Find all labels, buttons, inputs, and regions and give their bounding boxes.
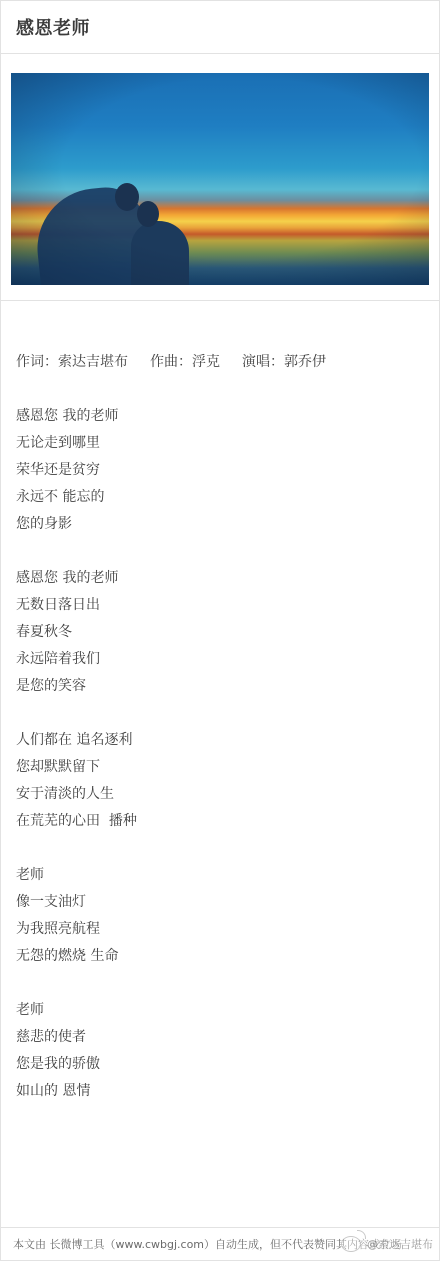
lyric-line: 慈悲的使者 — [16, 1024, 424, 1051]
lyric-line: 您是我的骄傲 — [16, 1051, 424, 1078]
lyric-line: 无论走到哪里 — [16, 430, 424, 457]
lyric-line: 为我照亮航程 — [16, 916, 424, 943]
lyric-line: 老师 — [16, 862, 424, 889]
lyrics-content: 作词：索达吉堪布 作曲：浮克 演唱：郭乔伊 感恩您 我的老师 无论走到哪里 荣华… — [1, 301, 439, 1105]
lyric-line: 感恩您 我的老师 — [16, 403, 424, 430]
page-title: 感恩老师 — [16, 14, 90, 40]
composer-credit: 作曲：浮克 — [150, 349, 220, 376]
stanza-1: 感恩您 我的老师 无论走到哪里 荣华还是贫穷 永远不 能忘的 您的身影 — [16, 403, 424, 538]
banner-section — [1, 54, 439, 301]
lyric-line: 您的身影 — [16, 511, 424, 538]
lyric-line: 春夏秋冬 — [16, 619, 424, 646]
lyric-line: 永远不 能忘的 — [16, 484, 424, 511]
lyricist-credit: 作词：索达吉堪布 — [16, 349, 128, 376]
lyric-line: 无数日落日出 — [16, 592, 424, 619]
lyric-line: 永远陪着我们 — [16, 646, 424, 673]
lyric-line: 您却默默留下 — [16, 754, 424, 781]
lyric-line: 人们都在 追名逐利 — [16, 727, 424, 754]
lyric-line: 像一支油灯 — [16, 889, 424, 916]
lyric-line: 无怨的燃烧 生命 — [16, 943, 424, 970]
watermark-user: @索达吉堪布 — [367, 1236, 433, 1252]
stanza-4: 老师 像一支油灯 为我照亮航程 无怨的燃烧 生命 — [16, 862, 424, 970]
stanza-5: 老师 慈悲的使者 您是我的骄傲 如山的 恩情 — [16, 997, 424, 1105]
lyric-line: 如山的 恩情 — [16, 1078, 424, 1105]
banner-image — [11, 73, 429, 285]
song-credits: 作词：索达吉堪布 作曲：浮克 演唱：郭乔伊 — [16, 349, 424, 376]
singer-credit: 演唱：郭乔伊 — [242, 349, 326, 376]
lyric-line: 感恩您 我的老师 — [16, 565, 424, 592]
lyric-line: 在荒芜的心田 播种 — [16, 808, 424, 835]
weibo-logo-icon — [341, 1236, 361, 1252]
lyric-line: 荣华还是贫穷 — [16, 457, 424, 484]
weibo-watermark: @索达吉堪布 — [341, 1236, 433, 1252]
lyric-line: 安于清淡的人生 — [16, 781, 424, 808]
teacher-head-silhouette — [115, 183, 139, 211]
long-weibo-page: 感恩老师 作词：索达吉堪布 作曲：浮克 演唱：郭乔伊 感恩您 我的老师 无论走到… — [0, 0, 440, 1261]
child-head-silhouette — [137, 201, 159, 227]
teacher-silhouette — [32, 184, 153, 285]
lyric-line: 是您的笑容 — [16, 673, 424, 700]
stanza-2: 感恩您 我的老师 无数日落日出 春夏秋冬 永远陪着我们 是您的笑容 — [16, 565, 424, 700]
lyric-line: 老师 — [16, 997, 424, 1024]
child-silhouette — [131, 221, 189, 285]
stanza-3: 人们都在 追名逐利 您却默默留下 安于清淡的人生 在荒芜的心田 播种 — [16, 727, 424, 835]
header: 感恩老师 — [1, 1, 439, 54]
